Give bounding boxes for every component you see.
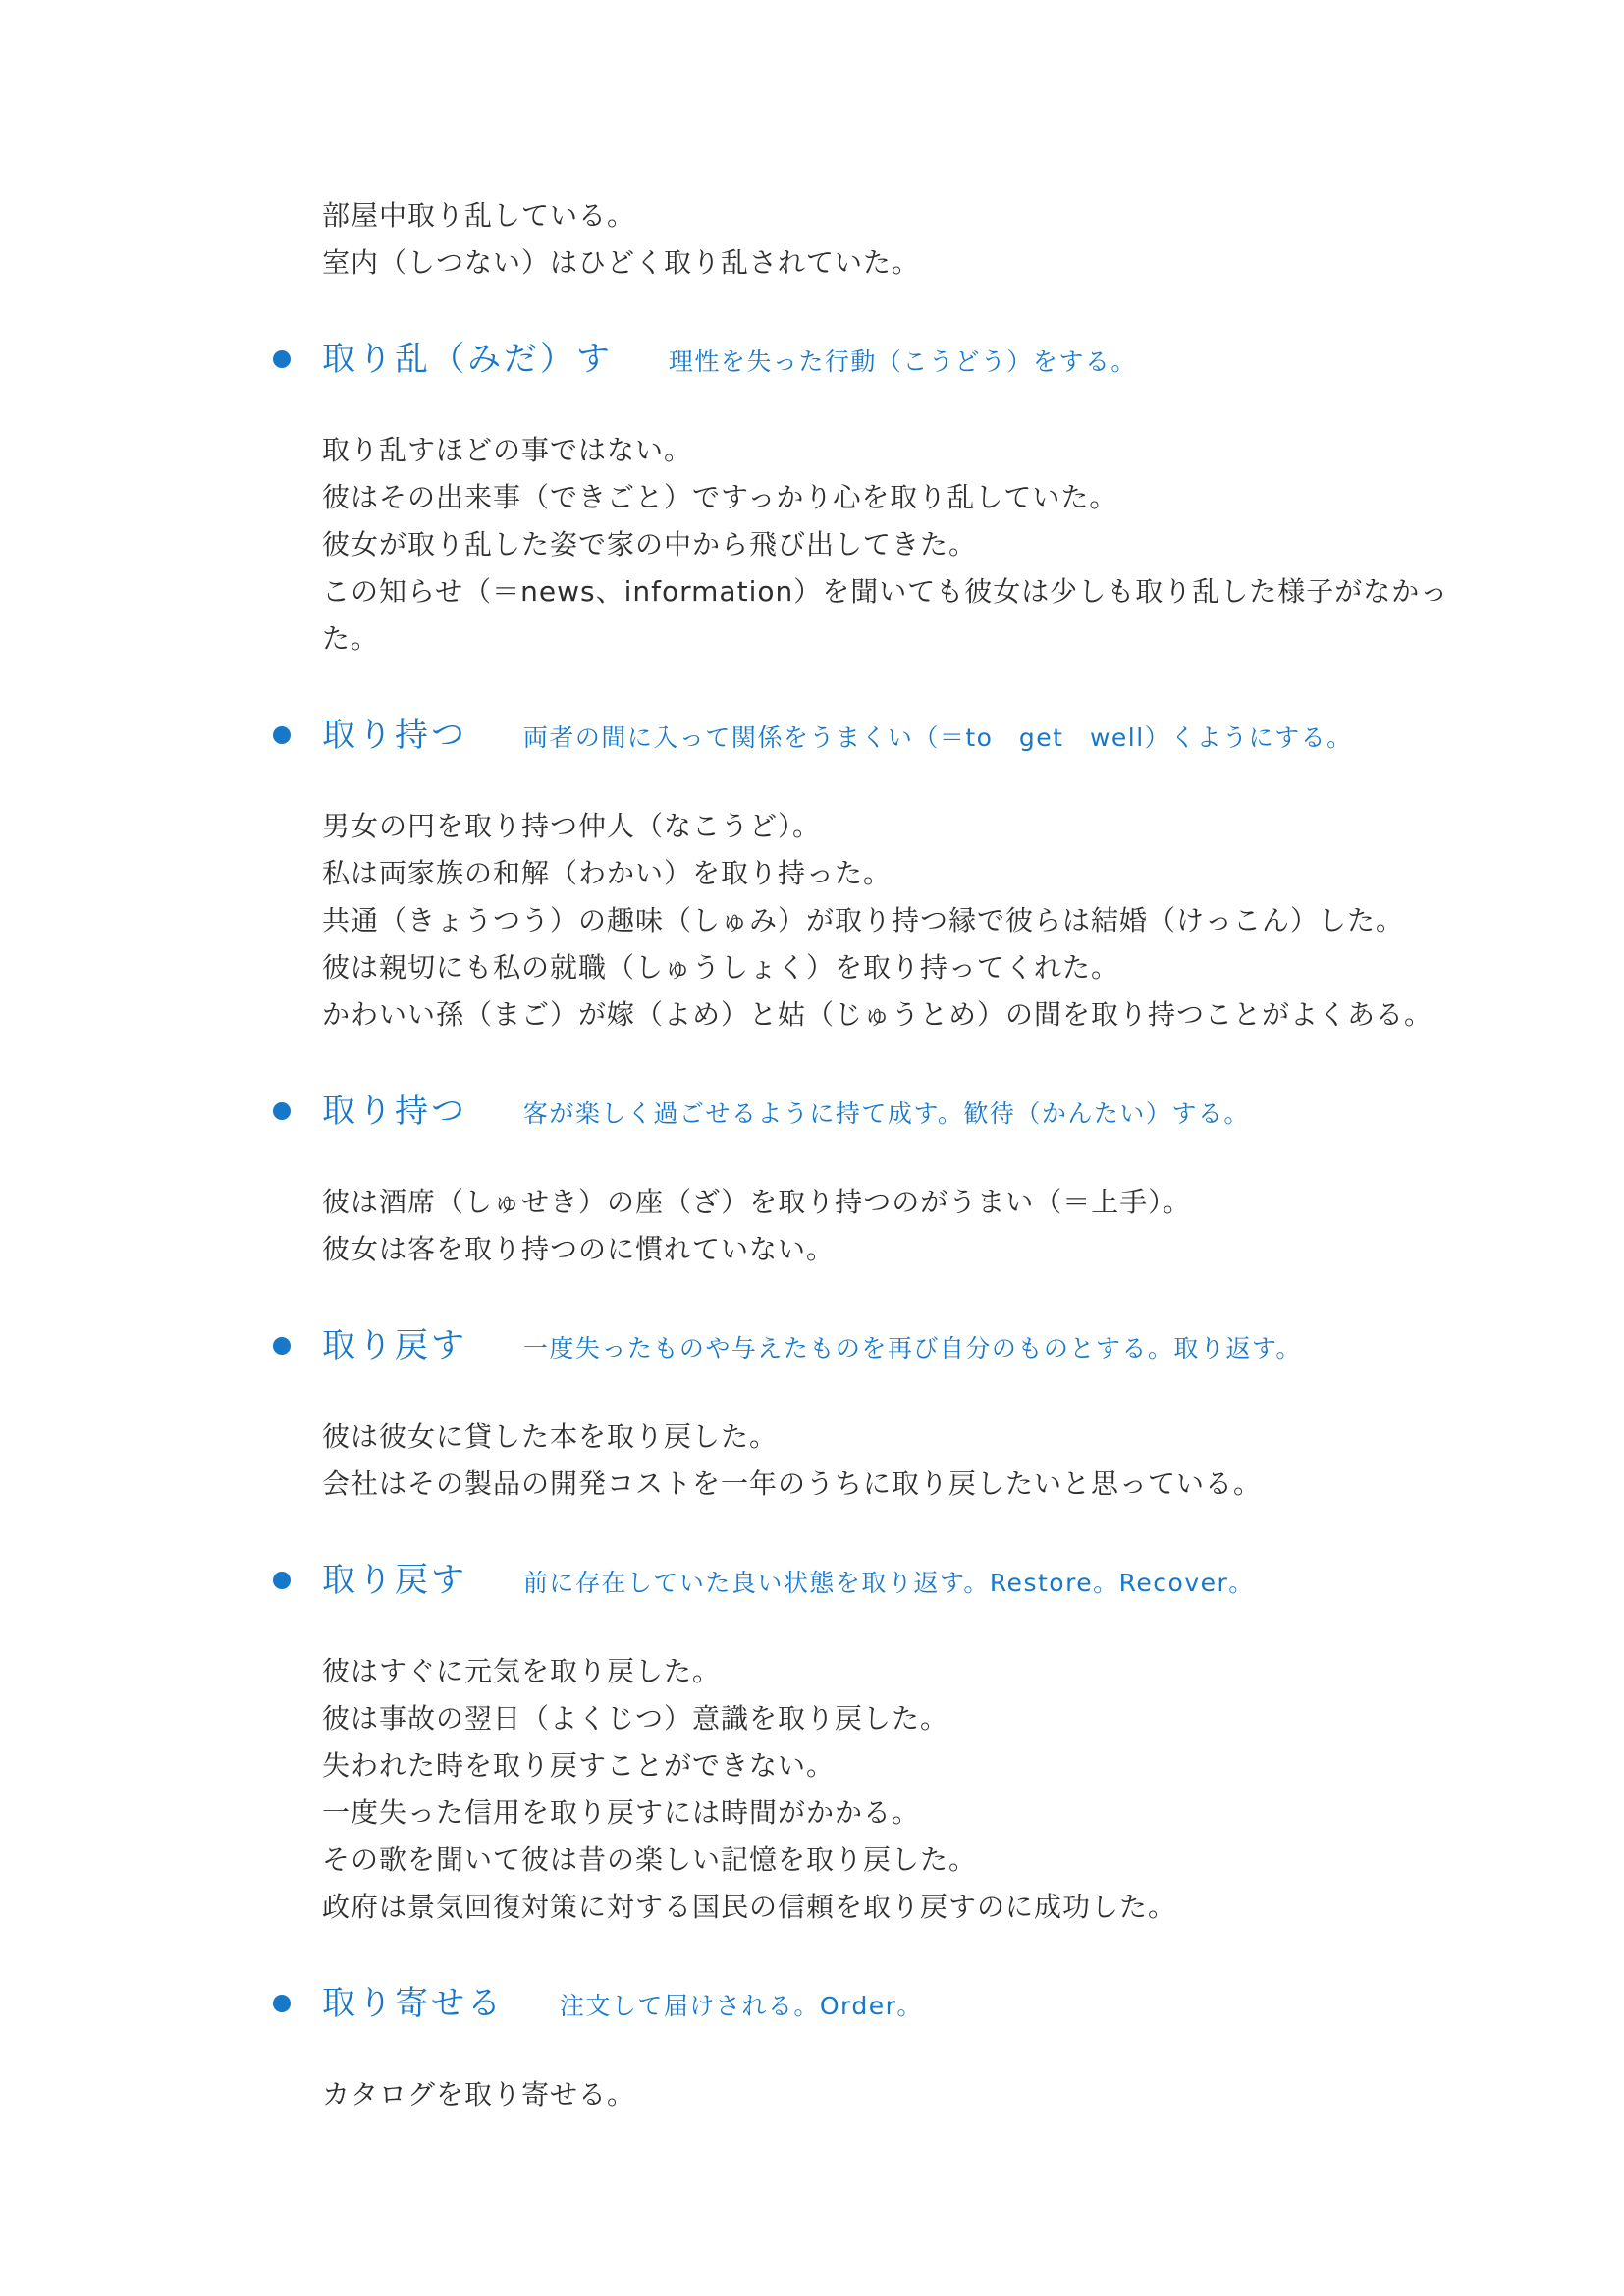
entry-examples: 彼は酒席（しゅせき）の座（ざ）を取り持つのがうまい（＝上手）。 彼女は客を取り持… [322,1179,1479,1273]
entry-headword: 取り持つ [322,716,467,755]
example-sentence: 会社はその製品の開発コストを一年のうちに取り戻したいと思っている。 [322,1461,1479,1508]
dictionary-entry: 取り持つ 客が楽しく過ごせるように持て成す。歓待（かんたい）する。 彼は酒席（し… [322,1080,1479,1273]
example-sentence: 室内（しつない）はひどく取り乱されていた。 [322,240,1479,287]
bullet-icon [273,1337,291,1355]
entry-examples: 彼はすぐに元気を取り戻した。 彼は事故の翌日（よくじつ）意識を取り戻した。 失わ… [322,1648,1479,1931]
bullet-icon [273,1995,291,2012]
example-sentence: 政府は景気回復対策に対する国民の信頼を取り戻すのに成功した。 [322,1884,1479,1931]
entry-definition: 理性を失った行動（こうどう）をする。 [669,347,1137,376]
example-sentence: 一度失った信用を取り戻すには時間がかかる。 [322,1789,1479,1837]
entry-definition: 注文して届けされる。Order。 [560,1992,923,2020]
example-sentence: カタログを取り寄せる。 [322,2071,1479,2118]
entry-headword: 取り持つ [322,1092,467,1131]
entry-heading: 取り持つ 客が楽しく過ごせるように持て成す。歓待（かんたい）する。 [322,1080,1479,1146]
dictionary-entry: 取り持つ 両者の間に入って関係をうまくい（＝to get well）くようにする… [322,704,1479,1039]
dictionary-entry: 取り乱（みだ）す 理性を失った行動（こうどう）をする。 取り乱すほどの事ではない… [322,328,1479,663]
dictionary-entry: 取り戻す 一度失ったものや与えたものを再び自分のものとする。取り返す。 彼は彼女… [322,1314,1479,1508]
entry-heading: 取り乱（みだ）す 理性を失った行動（こうどう）をする。 [322,328,1479,394]
example-sentence: 彼は酒席（しゅせき）の座（ざ）を取り持つのがうまい（＝上手）。 [322,1179,1479,1226]
example-sentence: 彼女が取り乱した姿で家の中から飛び出してきた。 [322,521,1479,568]
example-sentence: かわいい孫（まご）が嫁（よめ）と姑（じゅうとめ）の間を取り持つことがよくある。 [322,991,1479,1039]
dictionary-entry: 取り戻す 前に存在していた良い状態を取り返す。Restore。Recover。 … [322,1549,1479,1931]
bullet-icon [273,1102,291,1120]
entry-headword: 取り乱（みだ）す [322,340,613,379]
document-page: 部屋中取り乱している。 室内（しつない）はひどく取り乱されていた。 取り乱（みだ… [0,0,1624,2296]
example-sentence: 彼はその出来事（できごと）ですっかり心を取り乱していた。 [322,474,1479,521]
example-sentence: 取り乱すほどの事ではない。 [322,427,1479,474]
example-sentence: 彼はすぐに元気を取り戻した。 [322,1648,1479,1695]
bullet-icon [273,726,291,744]
entry-headword: 取り戻す [322,1561,467,1600]
bullet-icon [273,350,291,368]
entry-heading: 取り戻す 一度失ったものや与えたものを再び自分のものとする。取り返す。 [322,1314,1479,1380]
entry-heading: 取り寄せる 注文して届けされる。Order。 [322,1972,1479,2038]
entry-definition: 一度失ったものや与えたものを再び自分のものとする。取り返す。 [523,1334,1302,1362]
example-sentence: 男女の円を取り持つ仲人（なこうど）。 [322,803,1479,850]
entry-headword: 取り寄せる [322,1984,504,2023]
example-sentence: 失われた時を取り戻すことができない。 [322,1742,1479,1789]
entry-headword: 取り戻す [322,1326,467,1365]
entry-examples: 彼は彼女に貸した本を取り戻した。 会社はその製品の開発コストを一年のうちに取り戻… [322,1414,1479,1508]
entry-heading: 取り戻す 前に存在していた良い状態を取り返す。Restore。Recover。 [322,1549,1479,1615]
entry-definition: 前に存在していた良い状態を取り返す。Restore。Recover。 [523,1569,1255,1597]
entry-examples: 取り乱すほどの事ではない。 彼はその出来事（できごと）ですっかり心を取り乱してい… [322,427,1479,663]
dictionary-entry: 取り寄せる 注文して届けされる。Order。 カタログを取り寄せる。 [322,1972,1479,2118]
example-sentence: 彼は親切にも私の就職（しゅうしょく）を取り持ってくれた。 [322,944,1479,991]
example-sentence: この知らせ（＝news、information）を聞いても彼女は少しも取り乱した… [322,568,1479,663]
example-sentence: 彼は彼女に貸した本を取り戻した。 [322,1414,1479,1461]
example-sentence: その歌を聞いて彼は昔の楽しい記憶を取り戻した。 [322,1837,1479,1884]
intro-examples: 部屋中取り乱している。 室内（しつない）はひどく取り乱されていた。 [322,192,1479,287]
bullet-icon [273,1572,291,1589]
example-sentence: 私は両家族の和解（わかい）を取り持った。 [322,850,1479,897]
example-sentence: 部屋中取り乱している。 [322,192,1479,240]
sections-container: 取り乱（みだ）す 理性を失った行動（こうどう）をする。 取り乱すほどの事ではない… [322,328,1479,2118]
example-sentence: 共通（きょうつう）の趣味（しゅみ）が取り持つ縁で彼らは結婚（けっこん）した。 [322,897,1479,944]
entry-definition: 客が楽しく過ごせるように持て成す。歓待（かんたい）する。 [523,1099,1250,1128]
entry-examples: カタログを取り寄せる。 [322,2071,1479,2118]
example-sentence: 彼は事故の翌日（よくじつ）意識を取り戻した。 [322,1695,1479,1742]
entry-heading: 取り持つ 両者の間に入って関係をうまくい（＝to get well）くようにする… [322,704,1479,770]
entry-definition: 両者の間に入って関係をうまくい（＝to get well）くようにする。 [523,723,1353,752]
entry-examples: 男女の円を取り持つ仲人（なこうど）。 私は両家族の和解（わかい）を取り持った。 … [322,803,1479,1039]
example-sentence: 彼女は客を取り持つのに慣れていない。 [322,1226,1479,1273]
